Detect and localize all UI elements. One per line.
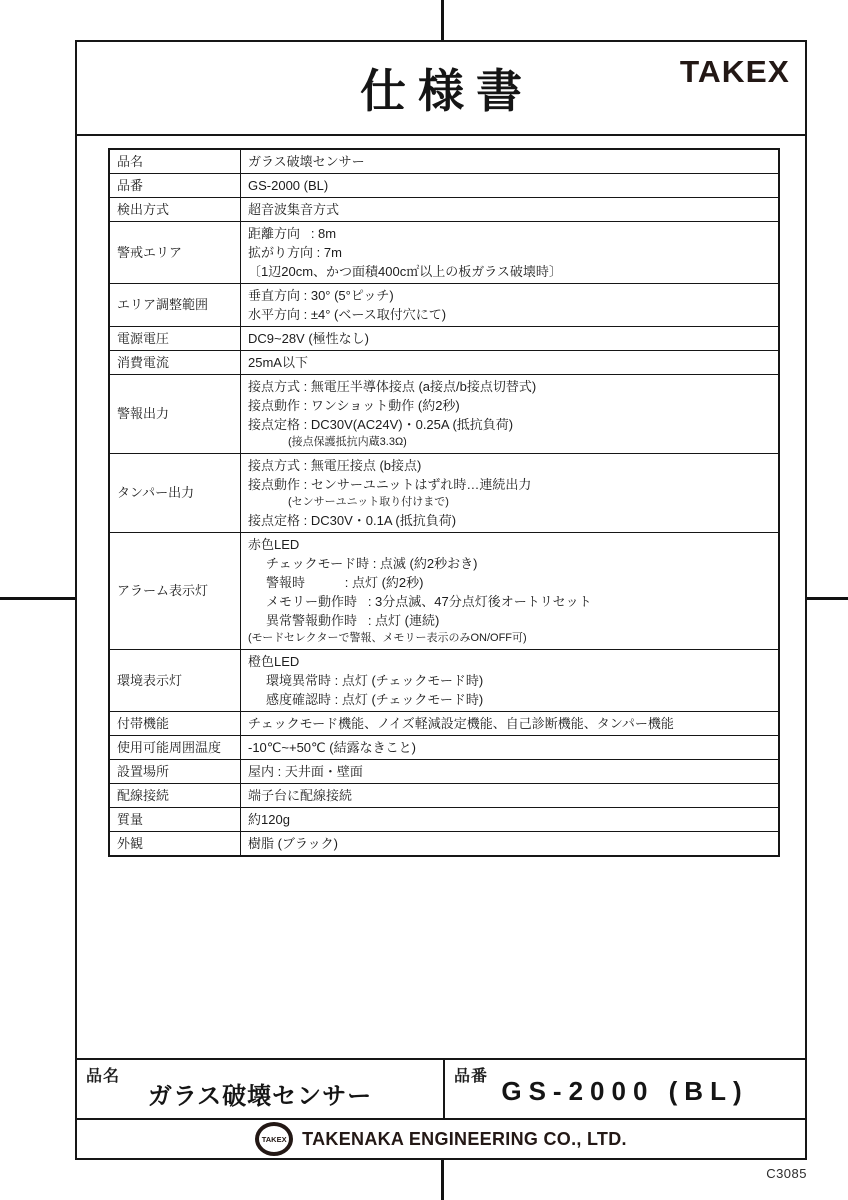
spec-line: 接点動作 : ワンショット動作 (約2秒): [248, 396, 774, 415]
spec-row: 消費電流25mA以下: [110, 351, 778, 375]
spec-line: 水平方向 : ±4° (ベース取付穴にて): [248, 305, 774, 324]
spec-line: DC9~28V (極性なし): [248, 329, 774, 348]
spec-row-value: 約120g: [241, 808, 778, 831]
company-name: TAKENAKA ENGINEERING CO., LTD.: [302, 1129, 627, 1150]
footer-band: TAKEX TAKENAKA ENGINEERING CO., LTD.: [77, 1120, 805, 1158]
spec-sheet-page: 仕様書 TAKEX 品名ガラス破壊センサー品番GS-2000 (BL)検出方式超…: [0, 0, 848, 1200]
spec-line: GS-2000 (BL): [248, 176, 774, 195]
spec-line: 接点方式 : 無電圧半導体接点 (a接点/b接点切替式): [248, 377, 774, 396]
spec-row-value: GS-2000 (BL): [241, 174, 778, 197]
spec-line: 感度確認時 : 点灯 (チェックモード時): [248, 690, 774, 709]
spec-line: 警報時 : 点灯 (約2秒): [248, 573, 774, 592]
spec-row: タンパー出力接点方式 : 無電圧接点 (b接点)接点動作 : センサーユニットは…: [110, 454, 778, 533]
spec-row: 配線接続端子台に配線接続: [110, 784, 778, 808]
spec-line: チェックモード時 : 点滅 (約2秒おき): [248, 554, 774, 573]
spec-row-value: 接点方式 : 無電圧半導体接点 (a接点/b接点切替式)接点動作 : ワンショッ…: [241, 375, 778, 453]
spec-line: 屋内 : 天井面・壁面: [248, 762, 774, 781]
spec-line: 接点定格 : DC30V(AC24V)・0.25A (抵抗負荷): [248, 415, 774, 434]
document-code: C3085: [766, 1166, 807, 1181]
spec-line: 接点方式 : 無電圧接点 (b接点): [248, 456, 774, 475]
spec-row-label: 消費電流: [110, 351, 241, 374]
spec-row-label: 使用可能周囲温度: [110, 736, 241, 759]
spec-line: 端子台に配線接続: [248, 786, 774, 805]
spec-row-label: 質量: [110, 808, 241, 831]
spec-row: 電源電圧DC9~28V (極性なし): [110, 327, 778, 351]
spec-line: (モードセレクターで警報、メモリー表示のみON/OFF可): [248, 630, 774, 647]
spec-line: 〔1辺20cm、かつ面積400c㎡以上の板ガラス破壊時〕: [248, 262, 774, 281]
spec-row-value: DC9~28V (極性なし): [241, 327, 778, 350]
spec-row-value: 端子台に配線接続: [241, 784, 778, 807]
spec-row-value: 距離方向 : 8m拡がり方向 : 7m〔1辺20cm、かつ面積400c㎡以上の板…: [241, 222, 778, 283]
spec-row-label: 警報出力: [110, 375, 241, 453]
spec-row-value: 接点方式 : 無電圧接点 (b接点)接点動作 : センサーユニットはずれ時…連続…: [241, 454, 778, 532]
spec-row-value: 超音波集音方式: [241, 198, 778, 221]
spec-row: 外観樹脂 (ブラック): [110, 832, 778, 855]
crop-mark-right: [806, 597, 848, 600]
spec-row-label: 環境表示灯: [110, 650, 241, 711]
spec-row: 警報出力接点方式 : 無電圧半導体接点 (a接点/b接点切替式)接点動作 : ワ…: [110, 375, 778, 454]
spec-row: 検出方式超音波集音方式: [110, 198, 778, 222]
spec-row-value: 25mA以下: [241, 351, 778, 374]
spec-row: エリア調整範囲垂直方向 : 30° (5°ピッチ)水平方向 : ±4° (ベース…: [110, 284, 778, 327]
spec-row: アラーム表示灯赤色LEDチェックモード時 : 点滅 (約2秒おき)警報時 : 点…: [110, 533, 778, 650]
spec-table: 品名ガラス破壊センサー品番GS-2000 (BL)検出方式超音波集音方式警戒エリ…: [108, 148, 780, 857]
spec-line: 樹脂 (ブラック): [248, 834, 774, 853]
spec-row-label: アラーム表示灯: [110, 533, 241, 649]
spec-row-label: 外観: [110, 832, 241, 855]
takex-brand-logo: TAKEX: [680, 54, 790, 90]
spec-line: 25mA以下: [248, 353, 774, 372]
spec-row-value: チェックモード機能、ノイズ軽減設定機能、自己診断機能、タンパー機能: [241, 712, 778, 735]
spec-line: ガラス破壊センサー: [248, 152, 774, 171]
crop-mark-left: [0, 597, 76, 600]
spec-row-value: 樹脂 (ブラック): [241, 832, 778, 855]
spec-row-value: 垂直方向 : 30° (5°ピッチ)水平方向 : ±4° (ベース取付穴にて): [241, 284, 778, 326]
spec-row-label: 電源電圧: [110, 327, 241, 350]
summary-model-value: GS-2000 (BL): [445, 1076, 805, 1107]
spec-row-value: 赤色LEDチェックモード時 : 点滅 (約2秒おき)警報時 : 点灯 (約2秒)…: [241, 533, 778, 649]
spec-line: 拡がり方向 : 7m: [248, 243, 774, 262]
spec-line: 超音波集音方式: [248, 200, 774, 219]
spec-row-label: エリア調整範囲: [110, 284, 241, 326]
summary-row: 品名 ガラス破壊センサー 品番 GS-2000 (BL): [77, 1058, 805, 1120]
spec-line: チェックモード機能、ノイズ軽減設定機能、自己診断機能、タンパー機能: [248, 714, 774, 733]
spec-line: (接点保護抵抗内蔵3.3Ω): [248, 434, 774, 451]
spec-row-value: 橙色LED環境異常時 : 点灯 (チェックモード時)感度確認時 : 点灯 (チェ…: [241, 650, 778, 711]
spec-row: 付帯機能チェックモード機能、ノイズ軽減設定機能、自己診断機能、タンパー機能: [110, 712, 778, 736]
spec-row-label: 品番: [110, 174, 241, 197]
takex-circle-logo-text: TAKEX: [262, 1135, 287, 1144]
spec-row: 使用可能周囲温度-10℃~+50℃ (結露なきこと): [110, 736, 778, 760]
summary-model-cell: 品番 GS-2000 (BL): [445, 1060, 805, 1118]
spec-row: 警戒エリア距離方向 : 8m拡がり方向 : 7m〔1辺20cm、かつ面積400c…: [110, 222, 778, 284]
page-title: 仕様書: [348, 55, 534, 121]
spec-row-label: 検出方式: [110, 198, 241, 221]
spec-line: -10℃~+50℃ (結露なきこと): [248, 738, 774, 757]
spec-row-label: 配線接続: [110, 784, 241, 807]
crop-mark-bottom: [441, 1159, 444, 1200]
spec-line: 垂直方向 : 30° (5°ピッチ): [248, 286, 774, 305]
spec-line: 赤色LED: [248, 535, 774, 554]
spec-row: 設置場所屋内 : 天井面・壁面: [110, 760, 778, 784]
spec-row-label: 設置場所: [110, 760, 241, 783]
spec-line: 環境異常時 : 点灯 (チェックモード時): [248, 671, 774, 690]
summary-name-value: ガラス破壊センサー: [77, 1076, 443, 1111]
spec-line: 異常警報動作時 : 点灯 (連続): [248, 611, 774, 630]
spec-row-value: ガラス破壊センサー: [241, 150, 778, 173]
spec-row: 環境表示灯橙色LED環境異常時 : 点灯 (チェックモード時)感度確認時 : 点…: [110, 650, 778, 712]
spec-row-value: -10℃~+50℃ (結露なきこと): [241, 736, 778, 759]
spec-row: 質量約120g: [110, 808, 778, 832]
spec-line: 接点定格 : DC30V・0.1A (抵抗負荷): [248, 511, 774, 530]
title-band: 仕様書 TAKEX: [77, 42, 805, 136]
spec-row: 品番GS-2000 (BL): [110, 174, 778, 198]
spec-row-label: 警戒エリア: [110, 222, 241, 283]
spec-row-value: 屋内 : 天井面・壁面: [241, 760, 778, 783]
spec-line: 接点動作 : センサーユニットはずれ時…連続出力: [248, 475, 774, 494]
spec-line: 約120g: [248, 810, 774, 829]
takex-circle-logo-icon: TAKEX: [255, 1122, 293, 1156]
spec-row-label: タンパー出力: [110, 454, 241, 532]
spec-row-label: 品名: [110, 150, 241, 173]
page-frame: 仕様書 TAKEX 品名ガラス破壊センサー品番GS-2000 (BL)検出方式超…: [75, 40, 807, 1160]
crop-mark-top: [441, 0, 444, 41]
summary-name-cell: 品名 ガラス破壊センサー: [77, 1060, 445, 1118]
spec-line: メモリー動作時 : 3分点滅、47分点灯後オートリセット: [248, 592, 774, 611]
spec-row-label: 付帯機能: [110, 712, 241, 735]
spec-line: (センサーユニット取り付けまで): [248, 494, 774, 511]
spec-line: 橙色LED: [248, 652, 774, 671]
spec-line: 距離方向 : 8m: [248, 224, 774, 243]
spec-row: 品名ガラス破壊センサー: [110, 150, 778, 174]
